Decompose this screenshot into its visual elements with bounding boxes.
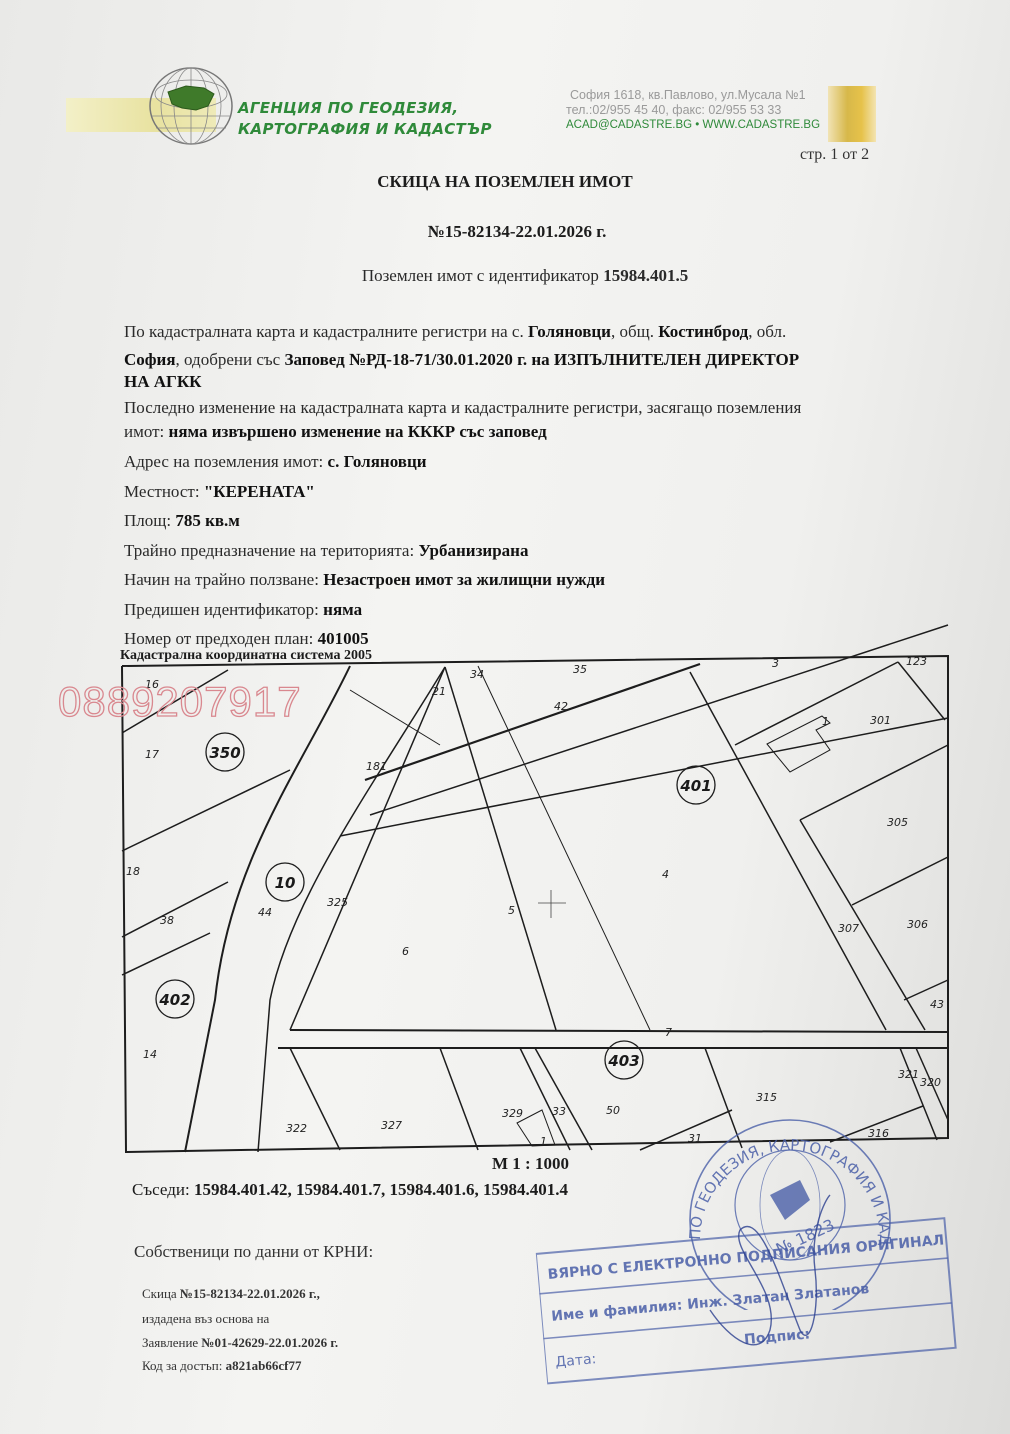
parcel-number: 18: [126, 865, 140, 878]
parcel-number: 50: [606, 1104, 620, 1117]
parcel-number: 325: [327, 896, 348, 909]
parcel-number: 33: [552, 1105, 566, 1118]
parcel-number: 34: [470, 668, 484, 681]
block-number: 403: [607, 1052, 639, 1070]
application-label: Заявление: [142, 1335, 198, 1350]
parcel-number: 307: [838, 922, 859, 935]
parcel-number: 42: [554, 700, 568, 713]
neighbours-line: Съседи: 15984.401.42, 15984.401.7, 15984…: [132, 1180, 568, 1200]
block-number: 10: [275, 874, 296, 892]
parcel-number: 315: [756, 1091, 777, 1104]
parcel-number: 17: [145, 748, 159, 761]
sketch-number: №15-82134-22.01.2026 г.,: [180, 1286, 320, 1301]
parcel-number: 7: [665, 1026, 672, 1039]
parcel-number: 44: [258, 906, 272, 919]
block-number: 402: [158, 991, 190, 1009]
parcel-number: 21: [432, 685, 446, 698]
sketch-label: Скица: [142, 1286, 177, 1301]
application-number: №01-42629-22.01.2026 г.: [201, 1335, 338, 1350]
parcel-number: 320: [920, 1076, 941, 1089]
parcel-number: 4: [662, 868, 669, 881]
parcel-number: 123: [906, 655, 927, 668]
parcel-number: 301: [870, 714, 891, 727]
parcel-number: 38: [160, 914, 174, 927]
access-code-value: a821ab66cf77: [226, 1358, 302, 1373]
neighbours-value: 15984.401.42, 15984.401.7, 15984.401.6, …: [194, 1180, 568, 1199]
parcel-number: 321: [898, 1068, 919, 1081]
phone-watermark: 0889207917: [58, 678, 302, 726]
block-number: 401: [679, 777, 711, 795]
parcel-number: 6: [402, 945, 409, 958]
parcel-number: 14: [143, 1048, 157, 1061]
parcel-number: 3: [772, 657, 779, 670]
parcel-number: 1: [822, 715, 829, 728]
signature: [700, 1190, 850, 1370]
block-number: 350: [209, 744, 240, 762]
access-code: Код за достъп: a821ab66cf77: [142, 1358, 301, 1374]
owners-heading: Собственици по данни от КРНИ:: [134, 1242, 373, 1262]
access-code-label: Код за достъп:: [142, 1358, 222, 1373]
map-scale: М 1 : 1000: [492, 1154, 569, 1174]
parcel-number: 1: [540, 1135, 547, 1148]
parcel-number: 181: [366, 760, 387, 773]
parcel-number: 322: [286, 1122, 307, 1135]
parcel-number: 327: [381, 1119, 402, 1132]
application-ref: Заявление №01-42629-22.01.2026 г.: [142, 1335, 338, 1351]
parcel-number: 43: [930, 998, 944, 1011]
sketch-ref: Скица №15-82134-22.01.2026 г.,: [142, 1286, 320, 1302]
parcel-number: 329: [502, 1107, 523, 1120]
issued-on: издадена въз основа на: [142, 1311, 269, 1327]
parcel-number: 35: [573, 663, 587, 676]
parcel-number: 305: [887, 816, 908, 829]
neighbours-label: Съседи:: [132, 1180, 190, 1199]
parcel-number: 5: [508, 904, 515, 917]
parcel-number: 306: [907, 918, 928, 931]
